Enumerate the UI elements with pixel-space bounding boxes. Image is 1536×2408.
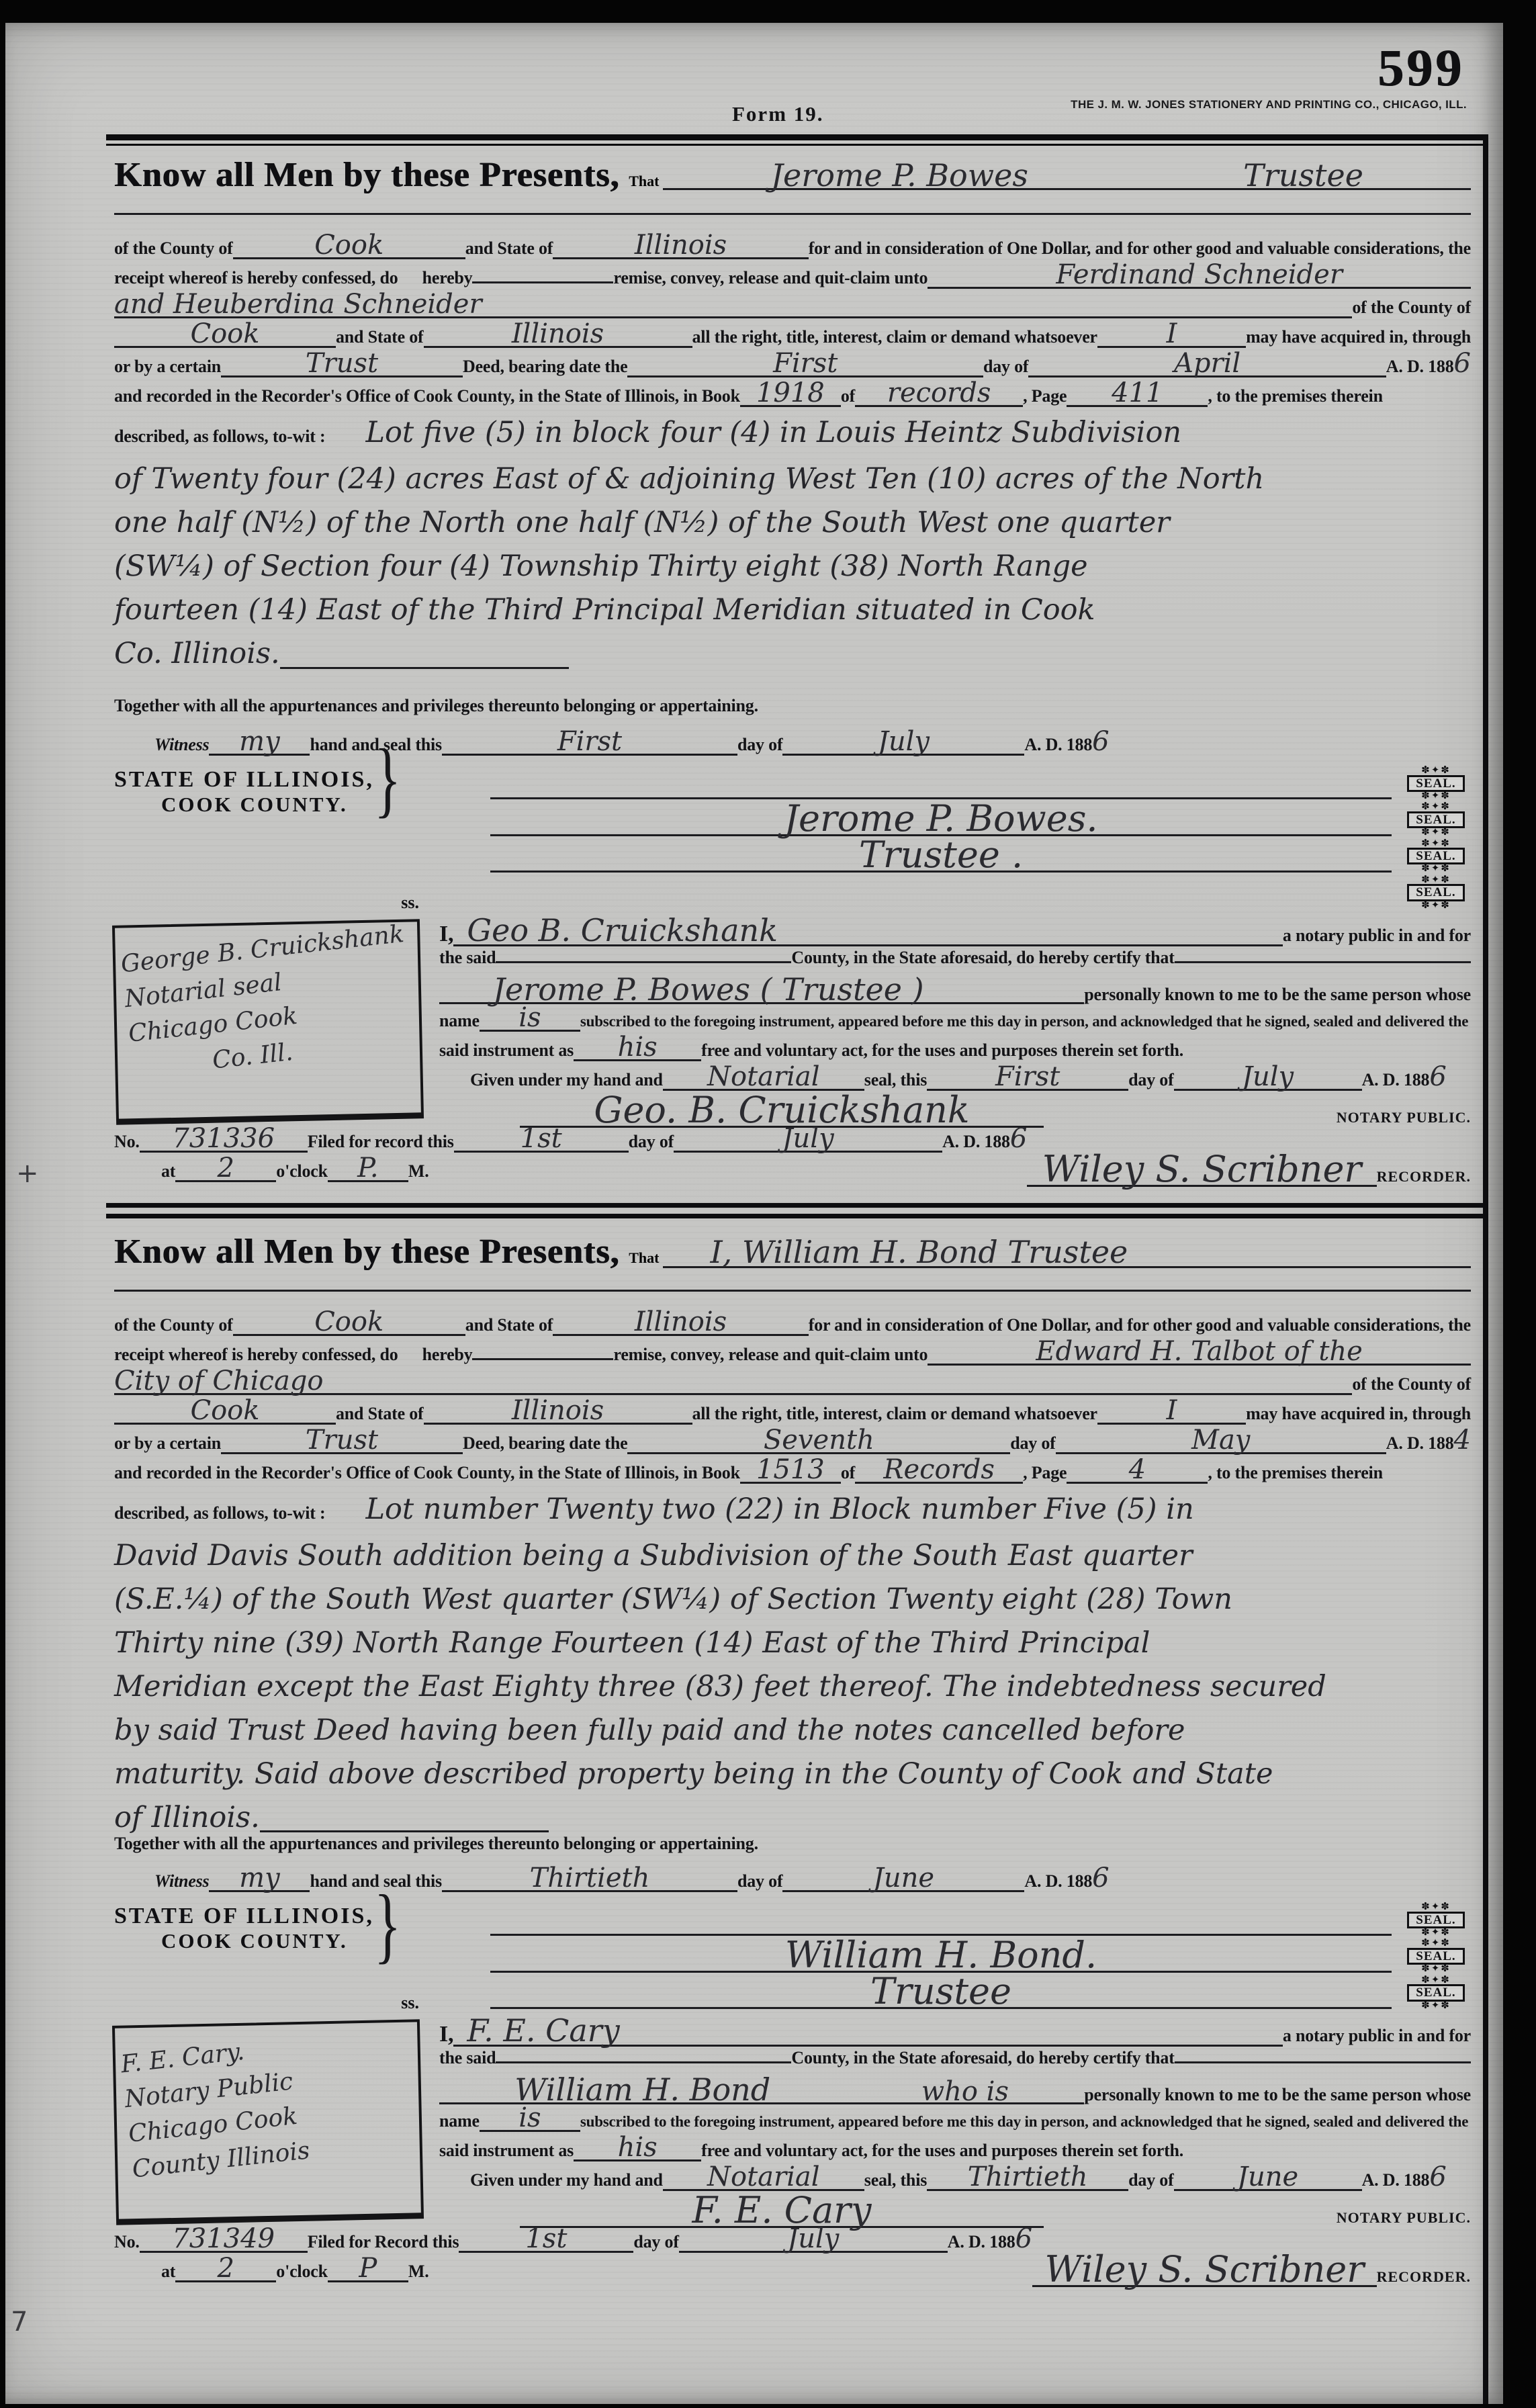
grantor-title-line: Trustee — [490, 1977, 1392, 2009]
cook-county: COOK COUNTY. — [114, 793, 374, 817]
signature-row: Jerome P. Bowes. SEAL. — [490, 803, 1471, 836]
state-hand: Illinois — [635, 230, 727, 261]
notary-free-act-row: said instrument as his free and voluntar… — [439, 2137, 1471, 2166]
label-m: M. — [408, 1161, 429, 1181]
seal-stamp: SEAL. — [1401, 1904, 1471, 1936]
name-is-line: is — [480, 2107, 580, 2132]
deed-month-line: May — [1056, 1429, 1386, 1454]
label-premises: , to the premises therein — [1208, 386, 1383, 406]
label-consideration: for and in consideration of One Dollar, … — [809, 1315, 1471, 1335]
label-oclock: o'clock — [276, 2262, 328, 2282]
label-no: No. — [114, 1132, 140, 1152]
seal-stamp: SEAL. — [1401, 877, 1471, 909]
label-and-state-of: and State of — [465, 1315, 553, 1335]
state-line: Illinois — [553, 1311, 808, 1336]
given-month-hand: July — [1242, 1061, 1294, 1092]
label-day-of: day of — [1010, 1433, 1055, 1454]
deed2-towit-row: described, as follows, to-wit : Lot numb… — [114, 1488, 1471, 1531]
page-line: 4 — [1067, 1459, 1208, 1484]
deed1-state-signature-block: STATE OF ILLINOIS, COOK COUNTY. } ss. SE… — [114, 767, 1471, 913]
description-line: of Twenty four (24) acres East of & adjo… — [114, 465, 1471, 494]
deed-month-line: April — [1028, 353, 1386, 377]
label-county-state: County, in the State aforesaid, do hereb… — [791, 2048, 1174, 2068]
label-the-said: the said — [439, 2048, 496, 2068]
seal-stamp: SEAL. — [1401, 1977, 1471, 2009]
grantee2-line: City of Chicago — [114, 1370, 1352, 1395]
deed-month-hand: April — [1174, 348, 1240, 379]
label-hereby: hereby — [422, 1345, 473, 1365]
label-witness: Witness — [154, 735, 209, 755]
pronoun-line: I — [1097, 1400, 1246, 1425]
book-hand: 1918 — [756, 377, 825, 408]
recorder-block: Wiley S. Scribner RECORDER. — [1027, 1155, 1471, 1187]
given-day-hand: First — [995, 1061, 1060, 1092]
notarial-line: Notarial — [663, 1066, 864, 1091]
file-no-line: 731336 — [140, 1128, 308, 1153]
filed-left: No. 731336 Filed for record this 1st day… — [114, 1128, 1027, 1187]
label-known: personally known to me to be the same pe… — [1084, 2085, 1471, 2105]
grantor-title-signature-hand: Trustee . — [859, 834, 1023, 876]
label-and-state-of: and State of — [336, 327, 424, 347]
state2-line: Illinois — [424, 323, 692, 348]
seal-stamp: SEAL. — [1401, 803, 1471, 836]
label-day-of: day of — [737, 1871, 782, 1891]
county-hand: Cook — [314, 1306, 383, 1337]
notary-name-hand: Geo B. Cruickshank — [467, 912, 778, 948]
hour-line: 2 — [175, 1157, 276, 1182]
blank-line — [114, 1284, 1471, 1292]
label-hereby: hereby — [422, 268, 473, 288]
county-line: Cook — [233, 1311, 465, 1336]
seal-rosette-icon — [1421, 902, 1451, 909]
notary-signature-row: Geo. B. Cruickshank NOTARY PUBLIC. — [439, 1096, 1471, 1128]
pronoun-hand: I — [1167, 318, 1177, 349]
margin-plus-mark: + — [16, 1158, 39, 1189]
label-day-of: day of — [629, 1132, 674, 1152]
grantor-name-hand: I, William H. Bond Trustee — [710, 1234, 1128, 1270]
instrument-hand: Trust — [306, 348, 378, 379]
seal-stamp: SEAL. — [1401, 840, 1471, 873]
label-i: I, — [439, 2022, 453, 2047]
venue-text: STATE OF ILLINOIS, COOK COUNTY. — [114, 767, 374, 913]
grantee-hand: Edward H. Talbot of the — [1036, 1336, 1362, 1367]
signature-column: SEAL. Jerome P. Bowes. SEAL. Trustee . S… — [490, 767, 1471, 913]
label-receipt: receipt whereof is hereby confessed, do — [114, 1345, 398, 1365]
witness-year-hand: 6 — [1092, 731, 1109, 752]
label-instrument-as: said instrument as — [439, 1040, 574, 1061]
seal-rosette-icon — [1421, 877, 1451, 884]
grantee2-hand: City of Chicago — [114, 1366, 323, 1396]
instrument-line: Trust — [221, 353, 463, 377]
grantor-title-hand: Trustee — [1243, 163, 1363, 188]
signature-row: SEAL. — [490, 767, 1471, 799]
notary-signature-line: F. E. Cary — [520, 2196, 1044, 2228]
state2-hand: Illinois — [512, 318, 604, 349]
label-free-act: free and voluntary act, for the uses and… — [701, 1040, 1183, 1061]
label-no: No. — [114, 2232, 140, 2252]
description-line: maturity. Said above described property … — [114, 1760, 1471, 1789]
deed1-grantee2-row: and Heuberdina Schneider of the County o… — [114, 294, 1471, 323]
book-line: 1513 — [740, 1459, 841, 1484]
label-described: described, as follows, to-wit : — [114, 1503, 325, 1523]
witness-pronoun-line: my — [209, 1867, 310, 1892]
filed-month-line: July — [679, 2228, 948, 2253]
grantor-title-line: Trustee . — [490, 840, 1392, 873]
label-of: of — [841, 1463, 855, 1483]
label-ad188: A. D. 188 — [1386, 1433, 1454, 1454]
label-given: Given under my hand and — [470, 2170, 663, 2190]
deed2-heading-row: Know all Men by these Presents, That I, … — [114, 1232, 1471, 1284]
deed2-desc-last-row: of Illinois. — [114, 1803, 1471, 1832]
witness-pronoun-line: my — [209, 731, 310, 756]
given-day-line: First — [927, 1066, 1128, 1091]
deed1-notary-section: George B. Cruickshank Notarial seal Chic… — [114, 918, 1471, 1128]
notary-intro-row: I, Geo B. Cruickshank a notary public in… — [439, 918, 1471, 948]
deed1-together-row: Together with all the appurtenances and … — [114, 696, 1471, 725]
deed1: Know all Men by these Presents, That Jer… — [114, 155, 1471, 1187]
seal-rosette-icon — [1421, 2002, 1451, 2010]
deed-year-hand: 6 — [1454, 353, 1471, 374]
state-of-illinois: STATE OF ILLINOIS, — [114, 767, 374, 793]
cook-county: COOK COUNTY. — [114, 1929, 374, 1953]
as-his-line: his — [574, 2137, 701, 2161]
seal-label: SEAL. — [1407, 1948, 1464, 1965]
paper: 599 THE J. M. W. JONES STATIONERY AND PR… — [5, 23, 1503, 2404]
label-name: name — [439, 1011, 480, 1031]
label-notary-public: NOTARY PUBLIC. — [1337, 2209, 1471, 2227]
deed1-heading-row: Know all Men by these Presents, That Jer… — [114, 155, 1471, 208]
blank-line — [490, 1911, 1392, 1936]
witness-day-hand: Thirtieth — [530, 1863, 650, 1893]
seal-rosette-icon — [1421, 1929, 1451, 1936]
grantor-signature-line: William H. Bond. — [490, 1941, 1392, 1973]
label-filed: Filed for Record this — [308, 2232, 459, 2252]
seal-rosette-icon — [1421, 865, 1451, 873]
venue-block: STATE OF ILLINOIS, COOK COUNTY. } ss. — [114, 767, 490, 913]
ampm-hand: P — [359, 2253, 377, 2284]
label-day-of: day of — [633, 2232, 678, 2252]
venue-brace: } — [374, 1876, 401, 2040]
label-day-of: day of — [737, 735, 782, 755]
deed-day-hand: First — [773, 348, 838, 379]
instrument-divider — [106, 1203, 1483, 1218]
filed-month-line: July — [674, 1128, 942, 1153]
deed2-notary-section: F. E. Cary. Notary Public Chicago Cook C… — [114, 2018, 1471, 2228]
label-ad188: A. D. 188 — [1024, 1871, 1092, 1891]
label-certain: or by a certain — [114, 1433, 221, 1454]
deed1-recorded-row: and recorded in the Recorder's Office of… — [114, 382, 1471, 412]
state-line: Illinois — [553, 234, 808, 259]
witness-month-hand: July — [878, 726, 930, 757]
hour-hand: 2 — [218, 1153, 234, 1184]
signature-row: Trustee SEAL. — [490, 1977, 1471, 2009]
grantor-name-hand: Jerome P. Bowes — [771, 163, 1028, 188]
notary-free-act-row: said instrument as his free and voluntar… — [439, 1036, 1471, 1066]
file-no-line: 731349 — [140, 2228, 308, 2253]
given-month-line: July — [1174, 1066, 1362, 1091]
label-ad188: A. D. 188 — [1362, 2170, 1430, 2190]
description-line: Lot five (5) in block four (4) in Louis … — [365, 418, 1181, 447]
deed-day-line: First — [627, 353, 983, 377]
page-hand: 4 — [1129, 1454, 1146, 1485]
blank-line — [260, 1825, 549, 1832]
witness-pronoun-hand: my — [239, 1863, 280, 1893]
page-number: 599 — [1377, 38, 1464, 98]
hour-line: 2 — [175, 2258, 276, 2282]
label-seal-this: seal, this — [864, 2170, 927, 2190]
grantee-line: Ferdinand Schneider — [928, 264, 1471, 289]
deed2-grantee2-row: City of Chicago of the County of — [114, 1370, 1471, 1400]
given-year-hand: 6 — [1429, 2166, 1446, 2188]
witness-month-hand: June — [873, 1863, 934, 1893]
seal-label: SEAL. — [1407, 848, 1464, 864]
label-receipt: receipt whereof is hereby confessed, do — [114, 268, 398, 288]
witness-day-line: First — [442, 731, 737, 756]
label-ad188: A. D. 188 — [1024, 735, 1092, 755]
notary-name-line: F. E. Cary — [453, 2018, 1283, 2047]
label-ad188: A. D. 188 — [948, 2232, 1015, 2252]
deed-day-hand: Seventh — [764, 1425, 874, 1456]
filed-time-row: at 2 o'clock P M. — [161, 2258, 1032, 2287]
county2-line: Cook — [114, 1400, 336, 1425]
venue-brace: } — [374, 731, 401, 950]
label-day-of: day of — [1128, 1070, 1173, 1090]
label-ad188: A. D. 188 — [1386, 357, 1454, 377]
notary-intro-row: I, F. E. Cary a notary public in and for — [439, 2018, 1471, 2048]
name-is-hand: is — [518, 2102, 541, 2133]
label-county-of: of the County of — [114, 238, 233, 259]
ack-extra-hand: who is — [921, 2081, 1009, 2102]
grantee2-line: and Heuberdina Schneider — [114, 294, 1352, 318]
notary-name-is-row: name is subscribed to the foregoing inst… — [439, 1007, 1471, 1036]
notary-name-is-row: name is subscribed to the foregoing inst… — [439, 2107, 1471, 2137]
margin-seven-mark: 7 — [11, 2307, 28, 2337]
instrument-line: Trust — [221, 1429, 463, 1454]
label-acquired: may have acquired in, through — [1246, 327, 1471, 347]
description-line: Thirty nine (39) North Range Fourteen (1… — [114, 1629, 1471, 1658]
given-month-line: June — [1174, 2166, 1362, 2191]
filed-left: No. 731349 Filed for Record this 1st day… — [114, 2228, 1032, 2287]
label-instrument-as: said instrument as — [439, 2141, 574, 2161]
label-all-right: all the right, title, interest, claim or… — [692, 327, 1097, 347]
ss-label: ss. — [401, 893, 419, 913]
label-name: name — [439, 2111, 480, 2131]
page-hand: 411 — [1112, 377, 1163, 408]
pronoun-line: I — [1097, 323, 1246, 348]
heading-that: That — [629, 173, 659, 190]
label-m: M. — [408, 2262, 429, 2282]
label-ad188: A. D. 188 — [942, 1132, 1010, 1152]
form-number: Form 19. — [732, 102, 824, 126]
label-recorded: and recorded in the Recorder's Office of… — [114, 1463, 740, 1483]
label-the-said: the said — [439, 948, 496, 968]
label-witness: Witness — [154, 1871, 209, 1891]
deed2-witness-row: Witness my hand and seal this Thirtieth … — [114, 1867, 1471, 1897]
county2-hand: Cook — [190, 1395, 259, 1426]
description-line: David Davis South addition being a Subdi… — [114, 1542, 1471, 1570]
seal-label: SEAL. — [1407, 884, 1464, 901]
description-line: (SW¼) of Section four (4) Township Thirt… — [114, 552, 1471, 581]
notary-given-row: Given under my hand and Notarial seal, t… — [439, 2166, 1471, 2196]
label-free-act: free and voluntary act, for the uses and… — [701, 2141, 1183, 2161]
deed2-state-signature-block: STATE OF ILLINOIS, COOK COUNTY. } ss. SE… — [114, 1904, 1471, 2013]
notary-seal-text: George B. Cruickshank Notarial seal Chic… — [119, 917, 421, 1087]
label-deed-bearing: Deed, bearing date the — [463, 357, 627, 377]
filed-day-line: 1st — [454, 1128, 629, 1153]
grantor-signature-line: Jerome P. Bowes. — [490, 804, 1392, 836]
label-page: , Page — [1023, 386, 1067, 406]
given-day-hand: Thirtieth — [968, 2161, 1088, 2192]
given-month-hand: June — [1237, 2161, 1298, 2192]
filed-row: No. 731336 Filed for record this 1st day… — [114, 1128, 1027, 1157]
filed-time-row: at 2 o'clock P. M. — [161, 1157, 1027, 1187]
notary-signature-row: F. E. Cary NOTARY PUBLIC. — [439, 2196, 1471, 2228]
description-line: one half (N½) of the North one half (N½)… — [114, 508, 1471, 537]
pronoun-hand: I — [1167, 1395, 1177, 1426]
label-known: personally known to me to be the same pe… — [1084, 985, 1471, 1005]
description-line: (S.E.¼) of the South West quarter (SW¼) … — [114, 1585, 1471, 1614]
label-subscribed: subscribed to the foregoing instrument, … — [580, 2113, 1468, 2131]
label-acquired: may have acquired in, through — [1246, 1404, 1471, 1424]
notary-text-column: I, F. E. Cary a notary public in and for… — [439, 2018, 1471, 2228]
description-line: Co. Illinois. — [114, 639, 280, 668]
book-kind-hand: records — [887, 377, 991, 408]
blank-line — [472, 1353, 613, 1360]
notary-text-column: I, Geo B. Cruickshank a notary public in… — [439, 918, 1471, 1128]
seal-label: SEAL. — [1407, 775, 1464, 792]
seal-rosette-icon — [1421, 1940, 1451, 1947]
label-at: at — [161, 1161, 175, 1181]
signature-row: William H. Bond. SEAL. — [490, 1940, 1471, 1972]
label-of: of — [841, 386, 855, 406]
notarial-hand: Notarial — [707, 1061, 820, 1092]
as-his-line: his — [574, 1036, 701, 1061]
filed-month-hand: July — [787, 2223, 839, 2254]
notary-signature-hand: F. E. Cary — [692, 2189, 872, 2231]
filed-year-hand: 6 — [1015, 2228, 1032, 2249]
deed2-together-row: Together with all the appurtenances and … — [114, 1834, 1471, 1863]
grantee-hand: Ferdinand Schneider — [1056, 259, 1343, 290]
blank-line — [1175, 956, 1471, 963]
seal-rosette-icon — [1421, 829, 1451, 836]
seal-rosette-icon — [1421, 1977, 1451, 1984]
filed-day-hand: 1st — [525, 2223, 567, 2254]
signature-row: SEAL. — [490, 1904, 1471, 1936]
blank-line — [114, 208, 1471, 215]
as-his-hand: his — [618, 2132, 658, 2163]
label-day-of: day of — [983, 357, 1028, 377]
given-day-line: Thirtieth — [927, 2166, 1128, 2191]
as-his-hand: his — [618, 1032, 658, 1063]
label-together: Together with all the appurtenances and … — [114, 696, 758, 716]
filed-day-line: 1st — [459, 2228, 633, 2253]
filed-row: No. 731349 Filed for Record this 1st day… — [114, 2228, 1032, 2258]
deed2-filed-block: No. 731349 Filed for Record this 1st day… — [114, 2228, 1471, 2287]
label-described: described, as follows, to-wit : — [114, 427, 325, 447]
seal-label: SEAL. — [1407, 1984, 1464, 2001]
deed1-desc-last-row: Co. Illinois. — [114, 639, 1471, 669]
seal-rosette-icon — [1421, 793, 1451, 800]
recorder-signature-hand: Wiley S. Scribner — [1042, 1148, 1362, 1190]
county-line: Cook — [233, 234, 465, 259]
deed1-witness-row: Witness my hand and seal this First day … — [114, 731, 1471, 760]
label-county-state: County, in the State aforesaid, do hereb… — [791, 948, 1174, 968]
state2-line: Illinois — [424, 1400, 692, 1425]
label-certain: or by a certain — [114, 357, 221, 377]
label-oclock: o'clock — [276, 1161, 328, 1181]
county-hand: Cook — [314, 230, 383, 261]
seal-rosette-icon — [1421, 803, 1451, 811]
blank-line — [496, 2056, 791, 2063]
label-and-state-of: and State of — [336, 1404, 424, 1424]
heading-that: That — [629, 1249, 659, 1267]
label-county-of: of the County of — [114, 1315, 233, 1335]
heading-blackletter: Know all Men by these Presents, — [114, 1232, 619, 1272]
label-subscribed: subscribed to the foregoing instrument, … — [580, 1013, 1468, 1030]
recorder-signature-line: Wiley S. Scribner — [1027, 1155, 1376, 1187]
seal-rosette-icon — [1421, 1965, 1451, 1973]
seal-rosette-icon — [1421, 767, 1451, 774]
ss-label: ss. — [401, 1993, 419, 2013]
book-kind-line: Records — [855, 1459, 1023, 1484]
blank-line — [490, 774, 1392, 799]
label-i: I, — [439, 922, 453, 947]
label-day-of: day of — [1128, 2170, 1173, 2190]
label-at: at — [161, 2262, 175, 2282]
notary-seal-box: George B. Cruickshank Notarial seal Chic… — [112, 919, 424, 1125]
ack-name-hand: William H. Bond — [514, 2078, 770, 2102]
witness-year-hand: 6 — [1092, 1867, 1109, 1889]
hour-hand: 2 — [218, 2253, 234, 2284]
blank-line — [280, 662, 569, 669]
grantor-line: I, William H. Bond Trustee — [663, 1240, 1471, 1268]
notary-name-hand: F. E. Cary — [467, 2012, 619, 2049]
label-notary-for: a notary public in and for — [1283, 2026, 1471, 2046]
description-line: fourteen (14) East of the Third Principa… — [114, 596, 1471, 625]
file-no-hand: 731336 — [172, 1123, 275, 1154]
blank-line — [1175, 2056, 1471, 2063]
recorder-signature-hand: Wiley S. Scribner — [1045, 2248, 1365, 2290]
ack-name-hand: Jerome P. Bowes ( Trustee ) — [493, 977, 924, 1002]
filed-month-hand: July — [782, 1123, 833, 1154]
grantee2-hand: and Heuberdina Schneider — [114, 289, 482, 320]
ampm-line: P — [328, 2258, 408, 2282]
deed2-recorded-row: and recorded in the Recorder's Office of… — [114, 1459, 1471, 1488]
venue-text: STATE OF ILLINOIS, COOK COUNTY. — [114, 1904, 374, 2013]
witness-day-line: Thirtieth — [442, 1867, 737, 1892]
seal-stamp: SEAL. — [1401, 1940, 1471, 1972]
blank-line — [496, 956, 791, 963]
notary-ack-row: William H. Bond who is personally known … — [439, 2078, 1471, 2107]
label-recorder: RECORDER. — [1377, 1168, 1471, 1186]
file-no-hand: 731349 — [172, 2223, 275, 2254]
label-page: , Page — [1023, 1463, 1067, 1483]
seal-stamp: SEAL. — [1401, 767, 1471, 799]
deed2: Know all Men by these Presents, That I, … — [114, 1232, 1471, 2287]
given-year-hand: 6 — [1429, 1066, 1446, 1087]
label-premises: , to the premises therein — [1208, 1463, 1383, 1483]
label-remise: remise, convey, release and quit-claim u… — [613, 1345, 928, 1365]
book-kind-line: records — [855, 382, 1023, 407]
signature-column: SEAL. William H. Bond. SEAL. Trustee SEA… — [490, 1904, 1471, 2013]
name-is-line: is — [480, 1007, 580, 1032]
label-notary-for: a notary public in and for — [1283, 926, 1471, 946]
label-together: Together with all the appurtenances and … — [114, 1834, 758, 1854]
state-of-illinois: STATE OF ILLINOIS, — [114, 1904, 374, 1929]
deed-month-hand: May — [1191, 1425, 1250, 1456]
recorder-block: Wiley S. Scribner RECORDER. — [1032, 2255, 1471, 2287]
record-form-box: Know all Men by these Presents, That Jer… — [106, 134, 1488, 2404]
